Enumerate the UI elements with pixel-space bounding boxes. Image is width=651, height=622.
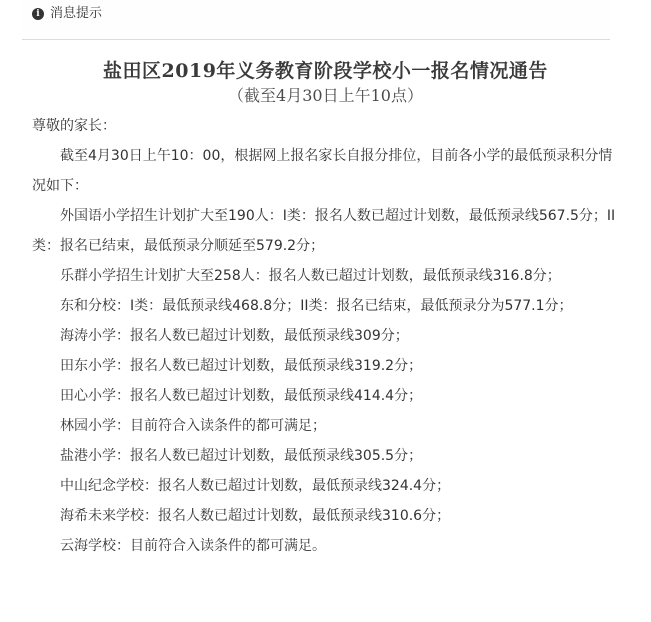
notice-body: 尊敬的家长： 截至4月30日上午10：00，根据网上报名家长自报分排位，目前各小…	[32, 111, 617, 561]
school-item-haixi: 海希未来学校：报名人数已超过计划数，最低预录线310.6分；	[32, 501, 617, 531]
school-item-yunhai: 云海学校：目前符合入读条件的都可满足。	[32, 531, 617, 561]
message-header: i 消息提示	[22, 0, 610, 40]
intro-paragraph: 截至4月30日上午10：00，根据网上报名家长自报分排位，目前各小学的最低预录积…	[32, 141, 617, 201]
notice-subtitle: （截至4月30日上午10点）	[0, 83, 651, 106]
school-item-tianxin: 田心小学：报名人数已超过计划数，最低预录线414.4分；	[32, 381, 617, 411]
school-item-waiguoyu: 外国语小学招生计划扩大至190人：I类：报名人数已超过计划数，最低预录线567.…	[32, 201, 617, 261]
school-item-zhongshan: 中山纪念学校：报名人数已超过计划数，最低预录线324.4分；	[32, 471, 617, 501]
school-item-linyuan: 林园小学：目前符合入读条件的都可满足；	[32, 411, 617, 441]
school-item-yangang: 盐港小学：报名人数已超过计划数，最低预录线305.5分；	[32, 441, 617, 471]
school-item-donghe: 东和分校：I类：最低预录线468.8分；II类：报名已结束，最低预录分为577.…	[32, 291, 617, 321]
message-header-title: 消息提示	[50, 5, 102, 23]
school-item-haitao: 海涛小学：报名人数已超过计划数，最低预录线309分；	[32, 321, 617, 351]
message-header-row: i 消息提示	[32, 5, 102, 23]
info-circle-icon: i	[32, 8, 44, 20]
greeting: 尊敬的家长：	[32, 111, 617, 141]
school-item-tiandong: 田东小学：报名人数已超过计划数，最低预录线319.2分；	[32, 351, 617, 381]
notice-title: 盐田区2019年义务教育阶段学校小一报名情况通告	[0, 56, 651, 83]
school-item-lequn: 乐群小学招生计划扩大至258人：报名人数已超过计划数，最低预录线316.8分；	[32, 261, 617, 291]
